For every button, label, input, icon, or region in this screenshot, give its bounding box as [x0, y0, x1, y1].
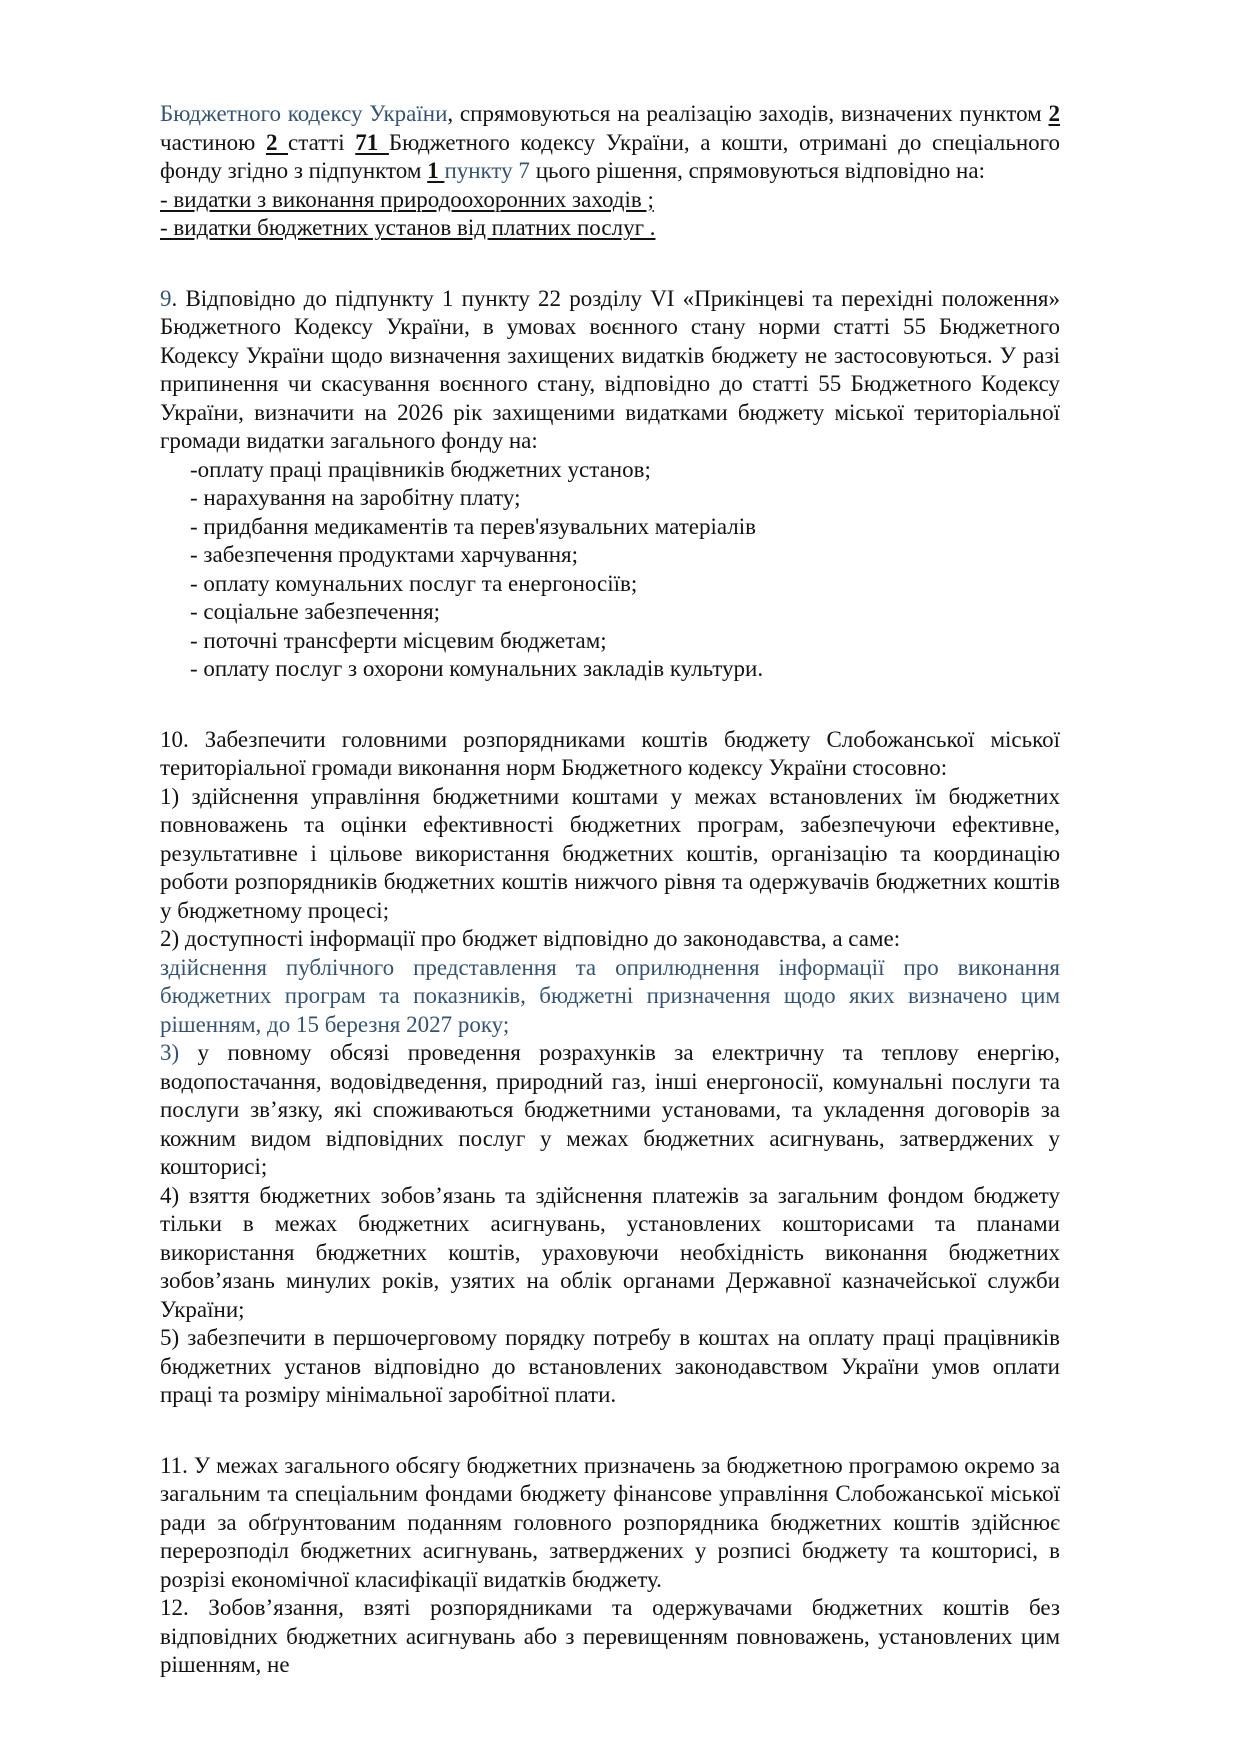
- text-run: 12. Зобов’язання, взяті розпорядниками т…: [160, 1595, 1060, 1677]
- text-run: 5) забезпечити в першочерговому порядку …: [160, 1325, 1060, 1407]
- paragraph: 4) взяття бюджетних зобов’язань та здійс…: [160, 1182, 1060, 1325]
- text-run: - соціальне забезпечення;: [190, 599, 440, 624]
- paragraph: Бюджетного кодексу України, спрямовуютьс…: [160, 100, 1060, 186]
- paragraph-spacer: [160, 1410, 1060, 1452]
- text-run: 2) доступності інформації про бюджет від…: [160, 926, 900, 951]
- paragraph: 1) здійснення управління бюджетними кошт…: [160, 783, 1060, 926]
- paragraph-spacer: [160, 243, 1060, 285]
- text-run: 11. У межах загального обсягу бюджетних …: [160, 1453, 1060, 1592]
- paragraph: 2) доступності інформації про бюджет від…: [160, 925, 1060, 954]
- text-run: 71: [355, 130, 389, 155]
- paragraph: 5) забезпечити в першочерговому порядку …: [160, 1324, 1060, 1410]
- text-run: цього рішення, спрямовуються відповідно …: [530, 158, 985, 183]
- text-run: , спрямовуються на реалізацію заходів, в…: [447, 101, 1048, 126]
- text-run: у повному обсязі проведення розрахунків …: [160, 1040, 1060, 1179]
- list-item: - оплату комунальних послуг та енергонос…: [160, 570, 1060, 599]
- document-body: Бюджетного кодексу України, спрямовуютьс…: [160, 100, 1060, 1680]
- paragraph: 3) у повному обсязі проведення розрахунк…: [160, 1039, 1060, 1182]
- text-run: 10. Забезпечити головними розпорядниками…: [160, 727, 1060, 781]
- list-item: - поточні трансферти місцевим бюджетам;: [160, 627, 1060, 656]
- text-run: статті: [288, 130, 355, 155]
- text-run: частиною: [160, 130, 266, 155]
- text-run: - оплату комунальних послуг та енергонос…: [190, 571, 637, 596]
- text-run: 4) взяття бюджетних зобов’язань та здійс…: [160, 1183, 1060, 1322]
- text-run: 2: [1049, 101, 1061, 126]
- list-item: - соціальне забезпечення;: [160, 598, 1060, 627]
- text-run: 2: [266, 130, 288, 155]
- text-run: - придбання медикаментів та перев'язувал…: [190, 514, 756, 539]
- list-item: - нарахування на заробітну плату;: [160, 484, 1060, 513]
- text-run: 1) здійснення управління бюджетними кошт…: [160, 784, 1060, 923]
- underlined-line: - видатки з виконання природоохоронних з…: [160, 186, 1060, 215]
- accent-text-run: 3): [160, 1040, 179, 1065]
- accent-text-run: пункту 7: [444, 158, 530, 183]
- accent-text-run: 9: [160, 286, 172, 311]
- text-run: -оплату праці працівників бюджетних уста…: [190, 457, 651, 482]
- text-run: - оплату послуг з охорони комунальних за…: [190, 656, 763, 681]
- list-item: -оплату праці працівників бюджетних уста…: [160, 456, 1060, 485]
- accent-text-run: Бюджетного кодексу України: [160, 101, 447, 126]
- accent-text-run: здійснення публічного представлення та о…: [160, 955, 1060, 1037]
- list-item: - придбання медикаментів та перев'язувал…: [160, 513, 1060, 542]
- paragraph: 9. Відповідно до підпункту 1 пункту 22 р…: [160, 285, 1060, 456]
- document-page: Бюджетного кодексу України, спрямовуютьс…: [0, 0, 1240, 1754]
- text-run: 1: [427, 158, 444, 183]
- text-run: - поточні трансферти місцевим бюджетам;: [190, 628, 607, 653]
- paragraph: здійснення публічного представлення та о…: [160, 954, 1060, 1040]
- text-run: - нарахування на заробітну плату;: [190, 485, 520, 510]
- text-run: - забезпечення продуктами харчування;: [190, 542, 578, 567]
- paragraph: 12. Зобов’язання, взяті розпорядниками т…: [160, 1594, 1060, 1680]
- text-run: . Відповідно до підпункту 1 пункту 22 ро…: [160, 286, 1060, 454]
- paragraph-spacer: [160, 684, 1060, 726]
- list-item: - оплату послуг з охорони комунальних за…: [160, 655, 1060, 684]
- paragraph: 10. Забезпечити головними розпорядниками…: [160, 726, 1060, 783]
- paragraph: 11. У межах загального обсягу бюджетних …: [160, 1452, 1060, 1595]
- text-run: - видатки бюджетних установ від платних …: [160, 215, 656, 240]
- list-item: - забезпечення продуктами харчування;: [160, 541, 1060, 570]
- text-run: - видатки з виконання природоохоронних з…: [160, 187, 654, 212]
- underlined-line: - видатки бюджетних установ від платних …: [160, 214, 1060, 243]
